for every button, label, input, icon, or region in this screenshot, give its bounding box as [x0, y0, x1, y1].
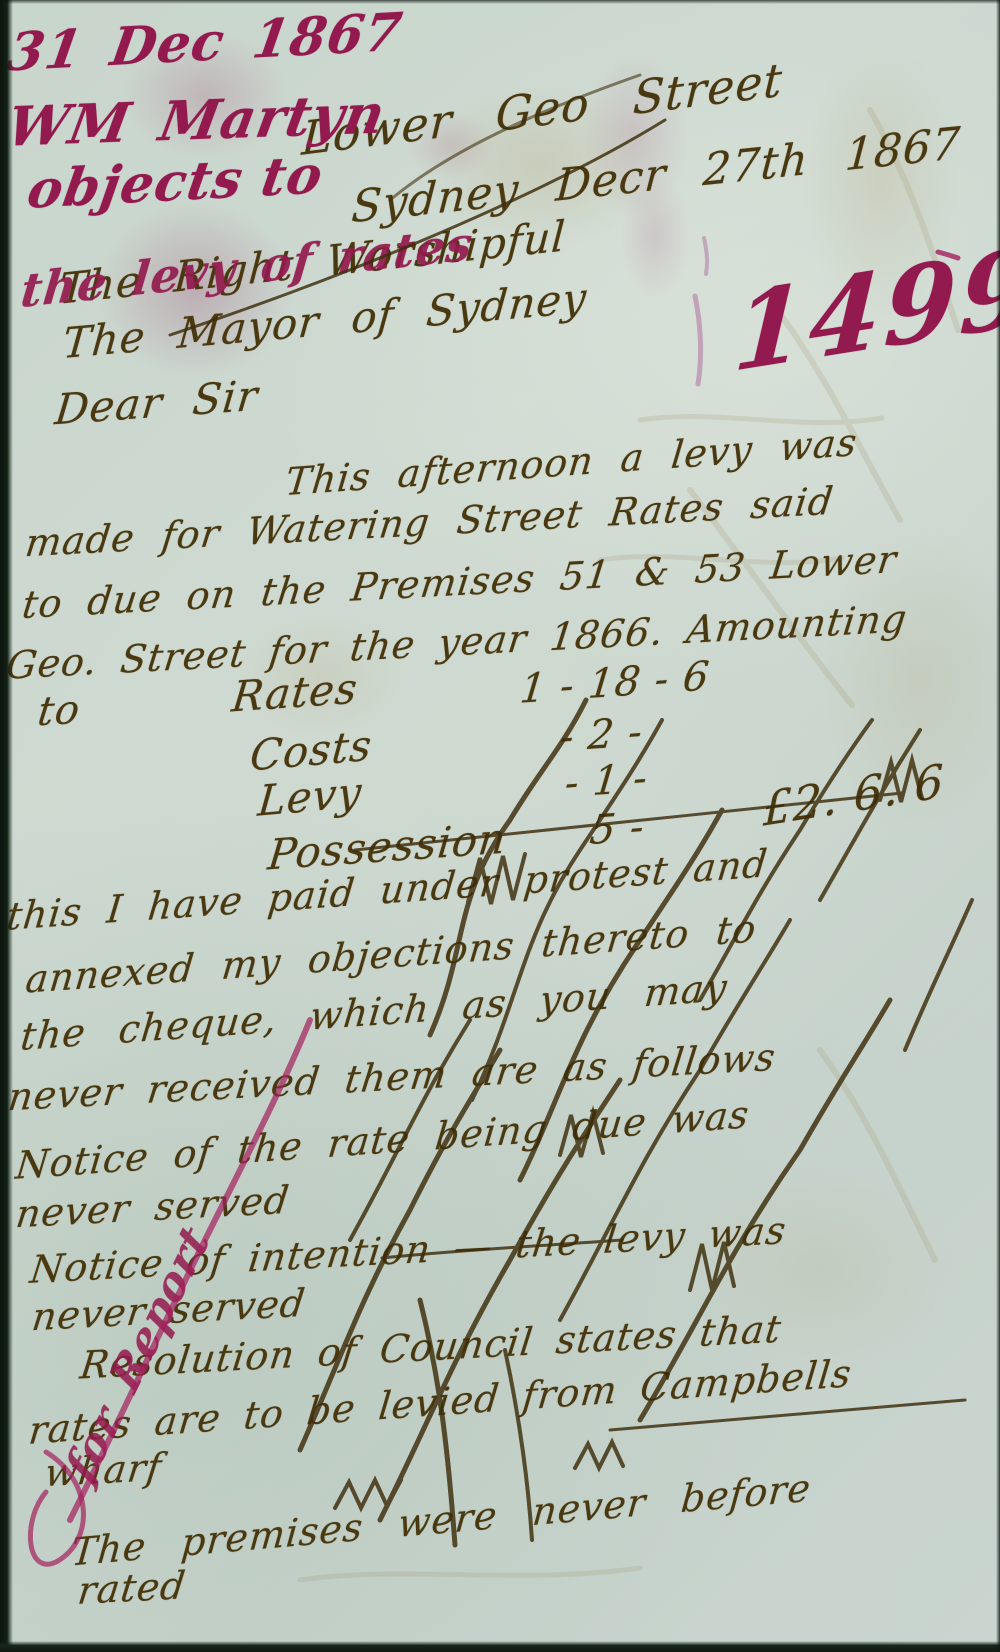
account-row-value: - 1 -: [563, 755, 651, 807]
registry-date-annotation: 31 Dec 1867: [3, 1, 406, 83]
scan-edge-bottom: [0, 1641, 1000, 1652]
scan-edge-left: [0, 0, 13, 1652]
letter-scan: Lower Geo Street Sydney Decr 27th 1867 T…: [0, 0, 1000, 1652]
letter-line: never served: [13, 1178, 292, 1237]
registry-name-annotation: WM Martyn: [2, 81, 390, 159]
letter-line: rated: [75, 1563, 188, 1613]
account-total: £2. 6. 6: [763, 753, 945, 837]
letter-salutation: Dear Sir: [53, 371, 261, 435]
account-row-value: - 2 -: [558, 709, 646, 761]
account-row-label: Levy: [256, 767, 364, 826]
scan-edge-top: [0, 0, 1000, 4]
account-row-value: 5 -: [588, 804, 647, 854]
account-row-label: Rates: [230, 663, 361, 721]
registry-number: 1499: [731, 223, 1000, 396]
letter-line: The premises were never before: [69, 1465, 813, 1574]
account-row-value: 1 - 18 - 6: [518, 653, 712, 713]
letter-line: to: [35, 687, 83, 736]
